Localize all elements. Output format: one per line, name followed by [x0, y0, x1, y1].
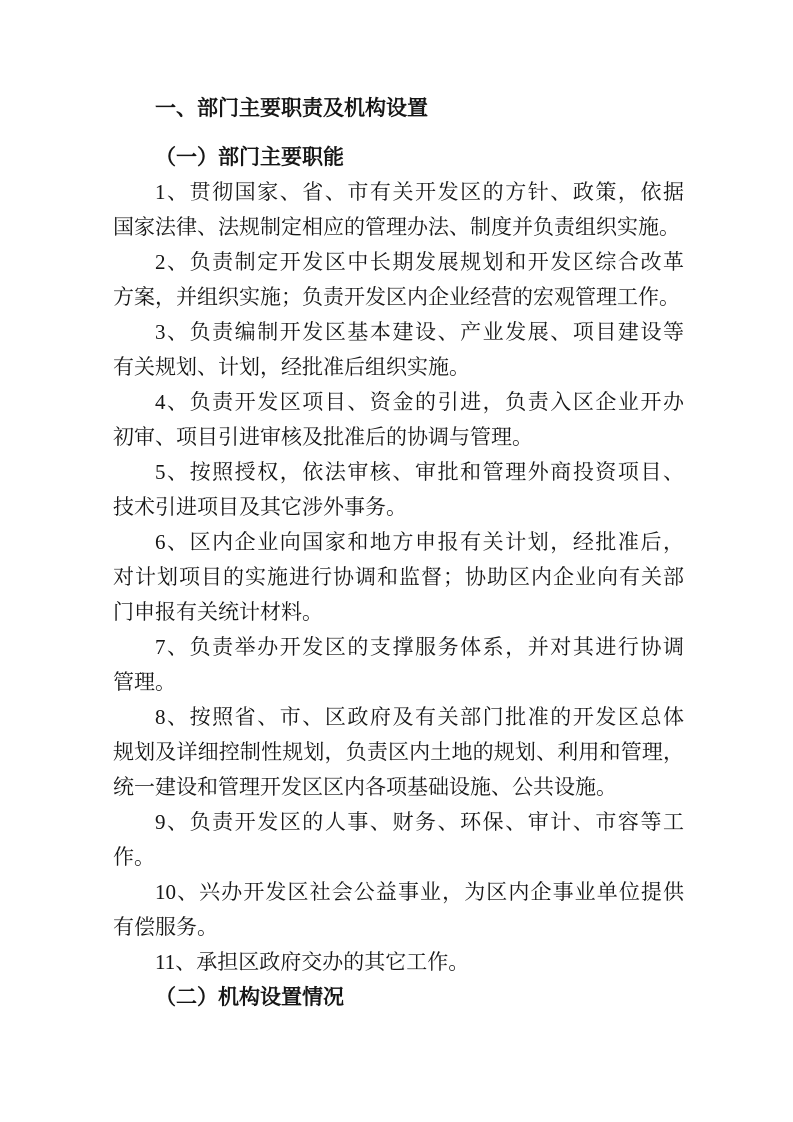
clause-3: 3、负责编制开发区基本建设、产业发展、项目建设等有关规划、计划，经批准后组织实施…	[113, 315, 684, 385]
clause-2-line-2: 方案，并组织实施；负责开发区内企业经营的宏观管理工作。	[113, 280, 684, 315]
clause-10-line-2: 有偿服务。	[113, 910, 684, 945]
clause-11: 11、承担区政府交办的其它工作。	[113, 945, 684, 980]
clause-1-line-2: 国家法律、法规制定相应的管理办法、制度并负责组织实施。	[113, 210, 684, 245]
clause-5-line-2: 技术引进项目及其它涉外事务。	[113, 490, 684, 525]
clause-6-line-2: 对计划项目的实施进行协调和监督；协助区内企业向有关部	[113, 560, 684, 595]
document-content: 一、部门主要职责及机构设置 （一）部门主要职能 1、贯彻国家、省、市有关开发区的…	[113, 91, 684, 1015]
subsection-2-heading: （二）机构设置情况	[113, 980, 684, 1015]
clause-list: 1、贯彻国家、省、市有关开发区的方针、政策，依据国家法律、法规制定相应的管理办法…	[113, 175, 684, 980]
clause-4: 4、负责开发区项目、资金的引进，负责入区企业开办初审、项目引进审核及批准后的协调…	[113, 385, 684, 455]
clause-2: 2、负责制定开发区中长期发展规划和开发区综合改革方案，并组织实施；负责开发区内企…	[113, 245, 684, 315]
clause-5-line-1: 5、按照授权，依法审核、审批和管理外商投资项目、	[113, 455, 684, 490]
clause-7-line-2: 管理。	[113, 665, 684, 700]
clause-3-line-1: 3、负责编制开发区基本建设、产业发展、项目建设等	[113, 315, 684, 350]
clause-5: 5、按照授权，依法审核、审批和管理外商投资项目、技术引进项目及其它涉外事务。	[113, 455, 684, 525]
clause-10-line-1: 10、兴办开发区社会公益事业，为区内企事业单位提供	[113, 875, 684, 910]
main-heading: 一、部门主要职责及机构设置	[113, 91, 684, 126]
clause-9-line-1: 9、负责开发区的人事、财务、环保、审计、市容等工	[113, 805, 684, 840]
clause-9: 9、负责开发区的人事、财务、环保、审计、市容等工作。	[113, 805, 684, 875]
subsection-1-heading: （一）部门主要职能	[113, 140, 684, 175]
clause-8-line-2: 规划及详细控制性规划，负责区内土地的规划、利用和管理，	[113, 735, 684, 770]
clause-6-line-1: 6、区内企业向国家和地方申报有关计划，经批准后，	[113, 525, 684, 560]
clause-8-line-3: 统一建设和管理开发区区内各项基础设施、公共设施。	[113, 770, 684, 805]
document-page: 一、部门主要职责及机构设置 （一）部门主要职能 1、贯彻国家、省、市有关开发区的…	[0, 0, 793, 1122]
clause-1-line-1: 1、贯彻国家、省、市有关开发区的方针、政策，依据	[113, 175, 684, 210]
clause-3-line-2: 有关规划、计划，经批准后组织实施。	[113, 350, 684, 385]
clause-6-line-3: 门申报有关统计材料。	[113, 595, 684, 630]
clause-4-line-1: 4、负责开发区项目、资金的引进，负责入区企业开办	[113, 385, 684, 420]
clause-4-line-2: 初审、项目引进审核及批准后的协调与管理。	[113, 420, 684, 455]
clause-9-line-2: 作。	[113, 840, 684, 875]
clause-1: 1、贯彻国家、省、市有关开发区的方针、政策，依据国家法律、法规制定相应的管理办法…	[113, 175, 684, 245]
clause-7: 7、负责举办开发区的支撑服务体系，并对其进行协调管理。	[113, 630, 684, 700]
clause-7-line-1: 7、负责举办开发区的支撑服务体系，并对其进行协调	[113, 630, 684, 665]
clause-6: 6、区内企业向国家和地方申报有关计划，经批准后，对计划项目的实施进行协调和监督；…	[113, 525, 684, 630]
clause-8-line-1: 8、按照省、市、区政府及有关部门批准的开发区总体	[113, 700, 684, 735]
clause-11-line-1: 11、承担区政府交办的其它工作。	[113, 945, 684, 980]
clause-2-line-1: 2、负责制定开发区中长期发展规划和开发区综合改革	[113, 245, 684, 280]
clause-10: 10、兴办开发区社会公益事业，为区内企事业单位提供有偿服务。	[113, 875, 684, 945]
clause-8: 8、按照省、市、区政府及有关部门批准的开发区总体规划及详细控制性规划，负责区内土…	[113, 700, 684, 805]
